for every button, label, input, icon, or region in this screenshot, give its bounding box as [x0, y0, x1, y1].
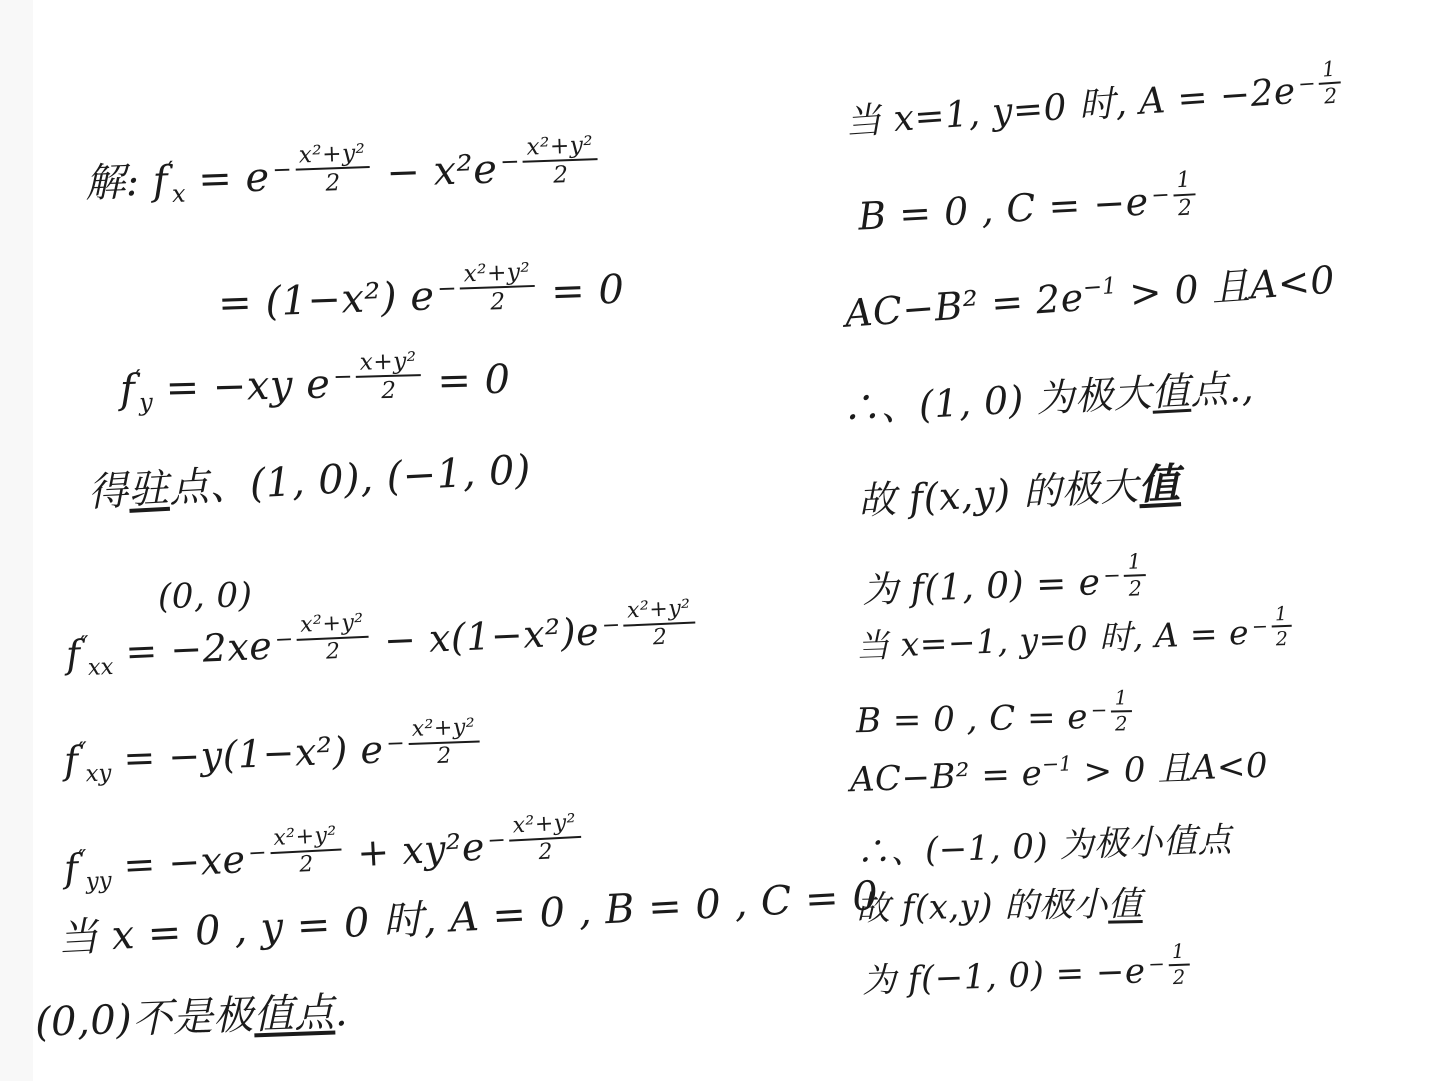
origin-point-note: (0, 0): [158, 576, 253, 617]
case-x1-discriminant-line: AC−B² = 2e−1 > 0 且A<0: [843, 258, 1336, 337]
case-xneg1-a-line: 当 x=−1, y=0 时, A = e−12: [855, 603, 1296, 666]
maximum-value-label-line: 故 f(x,y) 的极大值: [857, 459, 1181, 523]
case-x1-bc-line: B = 0 , C = −e−12: [857, 168, 1201, 239]
fy-derivative-line: f′y = −xy e−x+y²2 = 0: [119, 346, 511, 418]
fx-simplified-line: = (1−x²) e−x²+y²2 = 0: [217, 256, 625, 327]
case-xneg1-bc-line: B = 0 , C = e−12: [856, 687, 1136, 741]
minimum-point-conclusion-line: ∴、(−1, 0) 为极小值点: [855, 821, 1232, 873]
case-x1-a-line: 当 x=1, y=0 时, A = −2e−12: [843, 57, 1346, 144]
fx-derivative-line: 解: f′x = e−x²+y²2 − x²e−x²+y²2: [84, 132, 602, 212]
minimum-value-label-line: 故 f(x,y) 的极小值: [856, 885, 1143, 929]
minimum-value-line: 为 f(−1, 0) = −e−12: [861, 940, 1193, 1001]
origin-not-extremum-line: (0,0)不是极值点.: [34, 989, 348, 1046]
maximum-point-conclusion-line: ∴、(1, 0) 为极大值点.,: [841, 366, 1255, 431]
maximum-value-line: 为 f(1, 0) = e−12: [861, 550, 1150, 612]
fyy-second-derivative-line: f″yy = −xe−x²+y²2 + xy²e−x²+y²2: [62, 811, 585, 896]
case-xneg1-discriminant-line: AC−B² = e−1 > 0 且A<0: [849, 745, 1268, 800]
fxy-second-derivative-line: f″xy = −y(1−x²) e−x²+y²2: [63, 715, 484, 787]
handwritten-notes-sheet: 解: f′x = e−x²+y²2 − x²e−x²+y²2 = (1−x²) …: [0, 0, 1439, 1081]
stationary-points-line: 得驻点、(1, 0), (−1, 0): [87, 447, 532, 516]
